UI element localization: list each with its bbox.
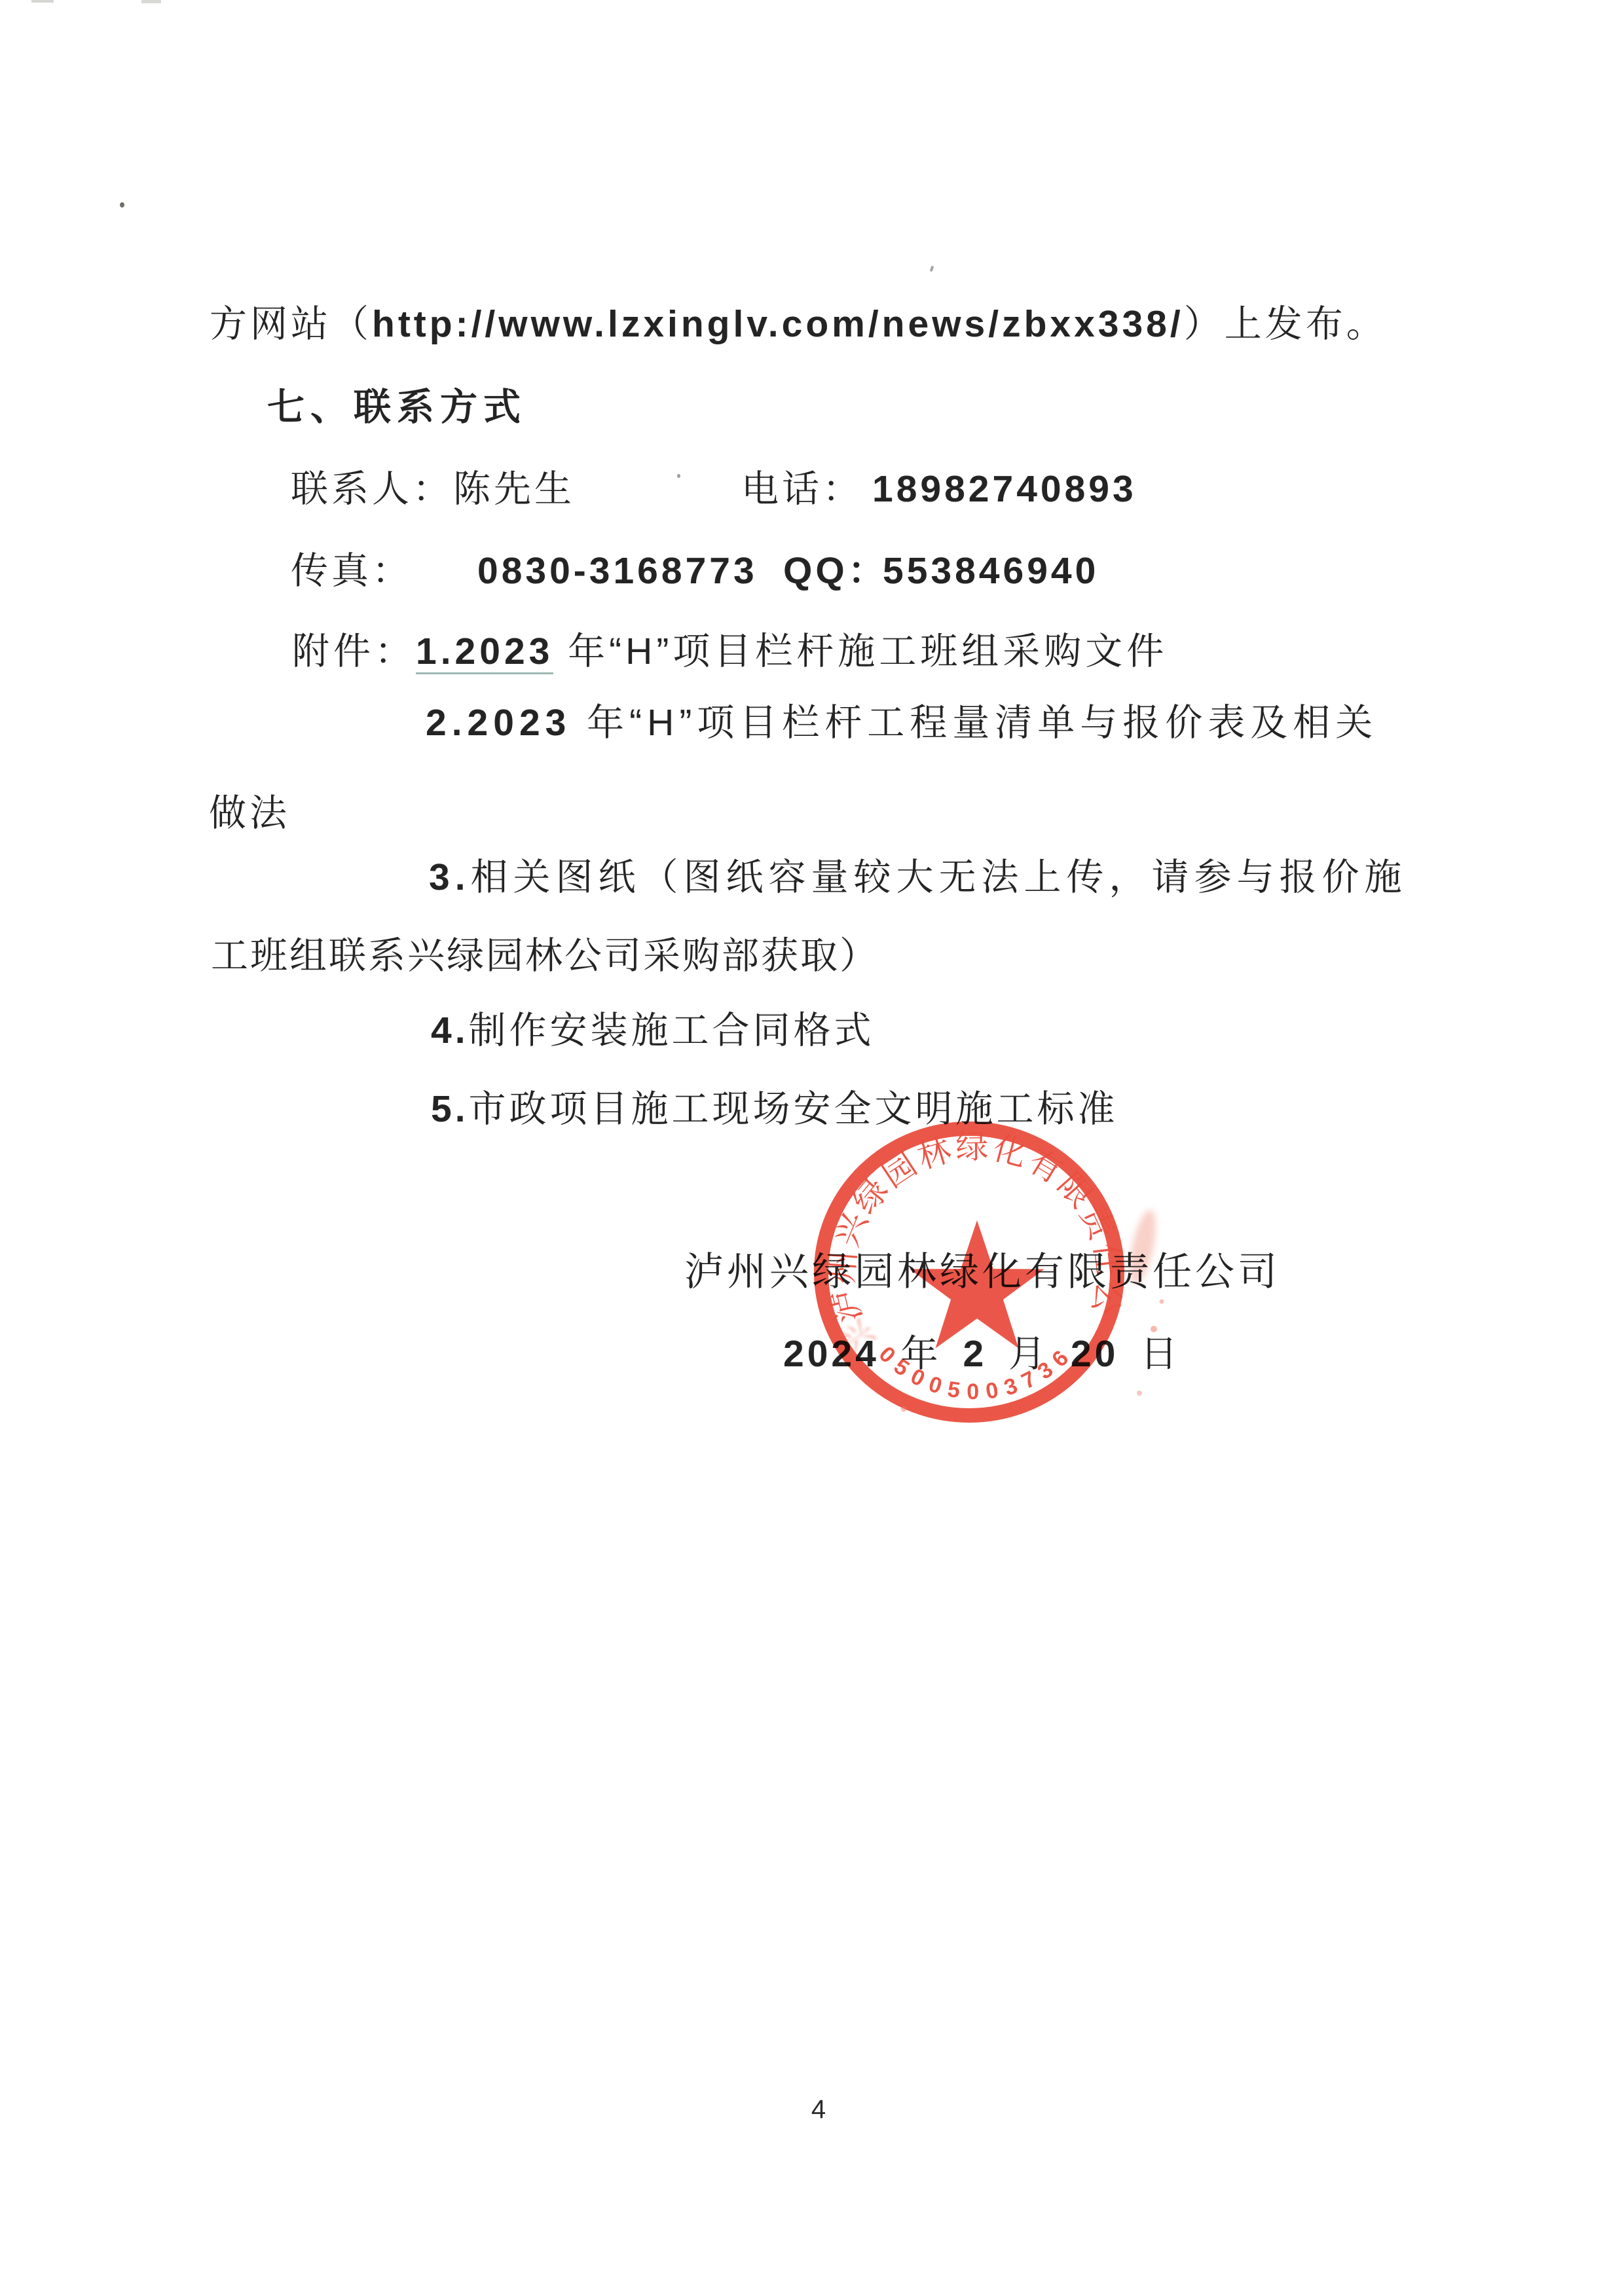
- text-segment: 18982740893: [872, 465, 1137, 513]
- text-segment: 七、联系方式: [267, 386, 526, 428]
- text-segment: 553846940: [883, 547, 1099, 595]
- company-signature: 泸州兴绿园林绿化有限责任公司: [684, 1248, 1280, 1296]
- text-segment: 3.: [429, 856, 471, 898]
- text-segment: 做法: [209, 792, 290, 834]
- text-segment: 年“H”项目栏杆工程量清单与报价表及相关: [571, 702, 1378, 744]
- text-segment: 5.: [431, 1088, 469, 1130]
- attachment-2-line: 2.2023 年“H”项目栏杆工程量清单与报价表及相关: [426, 699, 1378, 747]
- scan-speck: [120, 202, 124, 208]
- fax-qq-line: 传真：0830-3168773QQ：553846940: [291, 547, 413, 595]
- text-segment: 月: [987, 1333, 1071, 1375]
- text-segment: 联系人：陈先生: [291, 468, 575, 510]
- scan-speck: [930, 266, 934, 272]
- attachment-5-line: 5.市政项目施工现场安全文明施工标准: [431, 1085, 1118, 1133]
- contact-person-line: 联系人：陈先生电话：18982740893: [291, 465, 575, 513]
- text-segment: 年: [879, 1333, 963, 1375]
- text-segment: 日: [1118, 1333, 1181, 1375]
- text-segment: 市政项目施工现场安全文明施工标准: [469, 1088, 1118, 1130]
- text-segment: 电话：: [741, 465, 863, 513]
- publish-note-line: 方网站（http://www.lzxinglv.com/news/zbxx338…: [210, 300, 1387, 348]
- text-segment: 0830-3168773: [477, 547, 758, 595]
- text-segment: ）上发布。: [1184, 303, 1387, 345]
- attachment-4-line: 4.制作安装施工合同格式: [431, 1006, 875, 1055]
- scan-speck: [677, 474, 680, 478]
- text-segment: 方网站（: [210, 303, 372, 345]
- text-segment: 年“H”项目栏杆施工班组采购文件: [553, 630, 1168, 672]
- text-segment: QQ：: [783, 547, 889, 595]
- text-segment: http://www.lzxinglv.com/news/zbxx338/: [372, 303, 1184, 345]
- wrapped-text-line: 工班组联系兴绿园林公司采购部获取）: [211, 932, 879, 980]
- seal-ink-speck: [901, 1406, 907, 1412]
- text-segment: 4.: [431, 1010, 469, 1051]
- text-segment: 2024: [783, 1333, 879, 1375]
- signature-date: 2024 年 2 月 20 日: [783, 1330, 1181, 1378]
- attachment-1-line: 附件：1.2023 年“H”项目栏杆施工班组采购文件: [292, 627, 1168, 676]
- text-segment: 20: [1071, 1333, 1118, 1375]
- seal-ink-speck: [1137, 1391, 1142, 1396]
- scan-edge-artifact: [141, 0, 161, 3]
- text-segment: 2.2023: [426, 702, 571, 744]
- page-number: 4: [779, 2095, 858, 2124]
- text-segment: 工班组联系兴绿园林公司采购部获取）: [211, 935, 879, 977]
- text-segment: 制作安装施工合同格式: [469, 1010, 875, 1051]
- seal-ink-speck: [1160, 1300, 1164, 1304]
- contact-heading: 七、联系方式: [267, 383, 526, 431]
- text-segment: 1.2023: [416, 630, 553, 674]
- scanned-document-page: { "document": { "lines": [ {"name":"publ…: [0, 0, 1624, 2296]
- text-segment: 相关图纸（图纸容量较大无法上传，请参与报价施: [471, 856, 1407, 898]
- text-segment: 2: [963, 1333, 987, 1375]
- text-segment: 附件：: [292, 630, 416, 672]
- wrapped-text-line: 做法: [209, 789, 290, 837]
- attachment-3-line: 3.相关图纸（图纸容量较大无法上传，请参与报价施: [429, 853, 1407, 902]
- scan-edge-artifact: [31, 0, 54, 3]
- text-segment: 传真：: [291, 550, 413, 592]
- text-segment: 泸州兴绿园林绿化有限责任公司: [684, 1250, 1280, 1294]
